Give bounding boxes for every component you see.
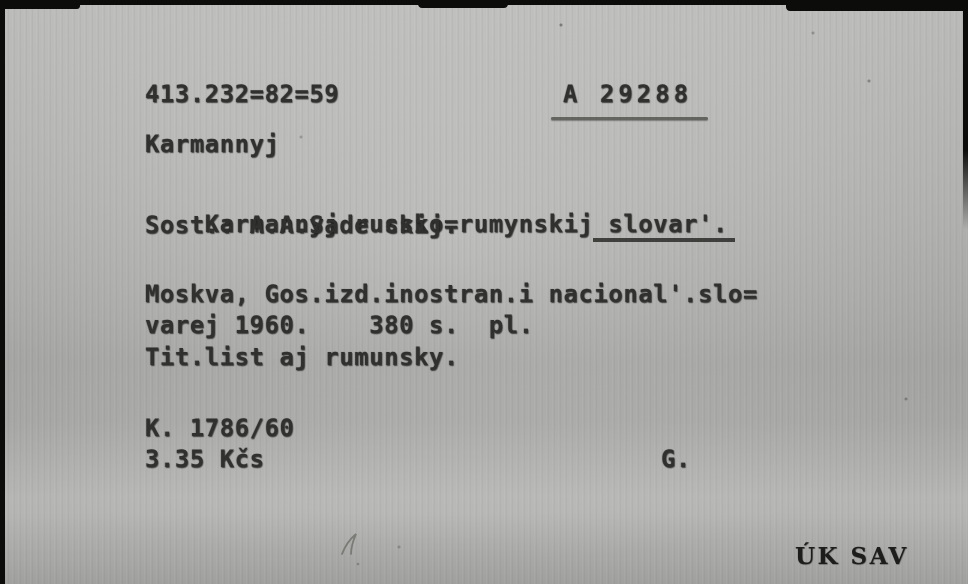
inventory-number: K. 1786/60 [145, 413, 295, 443]
accession-number: A 29288 [563, 79, 692, 109]
title-underlined-text: slovar'. [593, 210, 735, 242]
scan-edge-top-middle [418, 0, 508, 8]
pencil-mark [330, 526, 374, 572]
accession-underline-mark [551, 117, 708, 120]
responsibility-line: Sost.: A.A.Sade ckij. [145, 210, 459, 240]
scan-edge-right [963, 0, 968, 230]
catalog-card-scan: 413.232=82=59 A 29288 Karmannyj Karmanny… [0, 0, 968, 584]
note-line: Tit.list aj rumunsky. [145, 342, 459, 372]
scan-edge-left [0, 0, 5, 584]
imprint-line-1: Moskva, Gos.izd.inostran.i nacional'.slo… [145, 279, 758, 309]
call-number: 413.232=82=59 [145, 79, 339, 109]
imprint-line-2: varej 1960. 380 s. pl. [145, 310, 534, 340]
scan-edge-top-right [786, 0, 968, 11]
cataloguer-initial: G. [661, 444, 691, 474]
scan-edge-top-left [0, 0, 80, 9]
price: 3.35 Kčs [145, 444, 265, 474]
library-stamp: ÚK SAV [795, 544, 909, 570]
heading-line: Karmannyj [145, 129, 280, 159]
